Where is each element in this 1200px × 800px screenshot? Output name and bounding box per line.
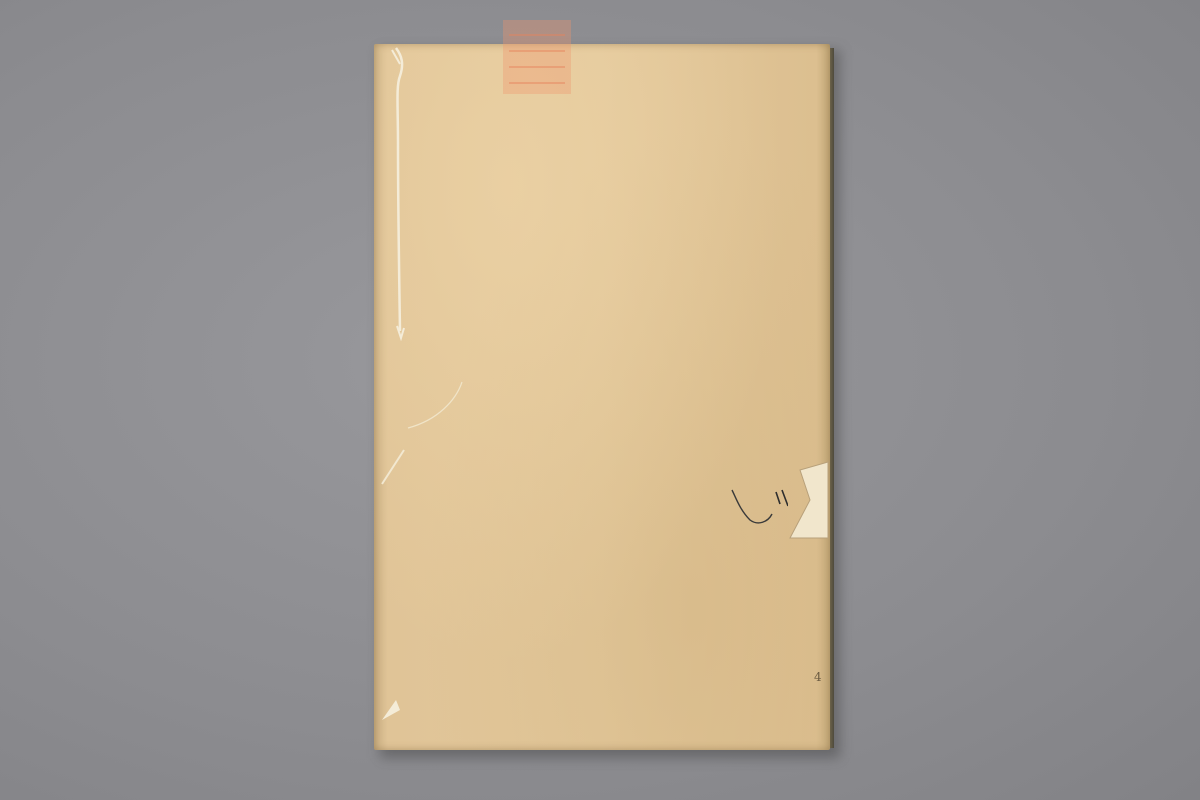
- paper-chip: [378, 690, 408, 730]
- library-stamp: [503, 20, 571, 94]
- paper-crease: [378, 380, 468, 490]
- ink-handwriting: [728, 470, 788, 530]
- corner-mark: 4: [814, 670, 822, 684]
- binding-thread: [390, 46, 410, 341]
